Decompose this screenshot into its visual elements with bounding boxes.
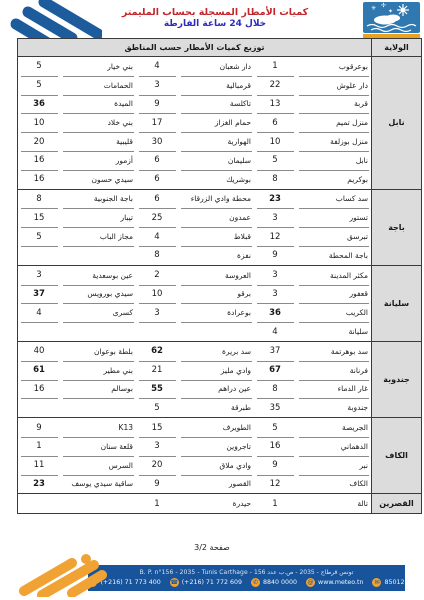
rainfall-value-cell: 40: [18, 342, 60, 361]
fax-icon: ☎: [170, 578, 179, 587]
rainfall-value-cell: 21: [136, 361, 178, 380]
rainfall-value-cell: 4: [136, 57, 178, 76]
station-name-cell: الكريب: [296, 303, 371, 322]
station-name-cell: عين دراهم: [178, 380, 254, 399]
governorate-group: نابلبوعرقوب1دار شعبان4بني خيار5دار علوش2…: [18, 56, 421, 189]
svg-text:✢: ✢: [381, 2, 386, 9]
rainfall-value-cell: 5: [18, 57, 60, 76]
station-name-cell: سد بوهرتمة: [296, 342, 371, 361]
rainfall-value-cell: 11: [18, 456, 60, 475]
station-name-cell: قرمبالية: [178, 76, 254, 95]
rainfall-value-cell: 25: [136, 208, 178, 227]
station-name-cell: مكثر المدينة: [296, 266, 371, 285]
rainfall-value-cell: 8: [136, 246, 178, 265]
report-subtitle: خلال 24 ساعة الفارطة: [100, 19, 330, 30]
station-name-cell: سيدي حسون: [60, 170, 136, 189]
station-name-cell: بوكريم: [296, 170, 371, 189]
station-name-cell: سيدي بورويس: [60, 285, 136, 304]
rainfall-value-cell: 4: [254, 322, 296, 341]
mail-icon: ✉: [372, 578, 381, 587]
station-name-cell: بني مطير: [60, 361, 136, 380]
station-name-cell: برقو: [178, 285, 254, 304]
rainfall-value-cell: 9: [136, 475, 178, 494]
rainfall-value-cell: 10: [254, 132, 296, 151]
station-name-cell: تالة: [296, 494, 371, 513]
station-name-cell: بني خلاد: [60, 113, 136, 132]
station-name-cell: حيدرة: [178, 494, 254, 513]
rainfall-value-cell: 2: [136, 266, 178, 285]
station-name-cell: ساقية سيدي يوسف: [60, 475, 136, 494]
report-title: كميات الأمطار المسجلة بحساب المليمتر: [100, 7, 330, 19]
station-name-cell: بوعرقوب: [296, 57, 371, 76]
station-name-cell: K13: [60, 418, 136, 437]
rainfall-value-cell: 9: [254, 246, 296, 265]
rainfall-value-cell: 5: [136, 398, 178, 417]
station-name-cell: قربة: [296, 95, 371, 114]
station-name-cell: بوسالم: [60, 380, 136, 399]
station-name-cell: غار الدماء: [296, 380, 371, 399]
station-name-cell: سد بريرة: [178, 342, 254, 361]
rainfall-value-cell: 17: [136, 113, 178, 132]
rainfall-value-cell: 3: [18, 266, 60, 285]
governorate-group: باجةسد كساب23محطة وادي الزرقاء6باجة الجن…: [18, 189, 421, 265]
rainfall-value-cell: 8: [254, 170, 296, 189]
contact-text: 85012: [384, 579, 404, 586]
governorate-group: الكافالجريصة5الطويرف15K139الدهماني16تاجر…: [18, 417, 421, 493]
rainfall-value-cell: 61: [18, 361, 60, 380]
station-name-cell: [178, 322, 254, 341]
rainfall-value-cell: 5: [254, 418, 296, 437]
station-name-cell: باجة المحطة: [296, 246, 371, 265]
station-name-cell: قلعة سنان: [60, 437, 136, 456]
globe-icon: @: [306, 578, 315, 587]
governorate-cell: القصرين: [371, 494, 421, 513]
contact-text: (+216) 71 772 609: [182, 579, 242, 586]
station-name-cell: تيبار: [60, 208, 136, 227]
rainfall-value-cell: 16: [18, 380, 60, 399]
distribution-header: توزيع كميات الأمطار حسب المناطق: [18, 39, 371, 56]
station-name-cell: الطويرف: [178, 418, 254, 437]
rainfall-value-cell: 6: [254, 113, 296, 132]
rainfall-value-cell: 37: [254, 342, 296, 361]
station-name-cell: [60, 398, 136, 417]
rainfall-value-cell: 4: [18, 303, 60, 322]
rainfall-value-cell: 3: [136, 76, 178, 95]
rainfall-value-cell: 23: [18, 475, 60, 494]
rainfall-value-cell: 15: [18, 208, 60, 227]
rainfall-value-cell: 20: [18, 132, 60, 151]
rainfall-value-cell: 30: [136, 132, 178, 151]
rainfall-value-cell: 3: [136, 303, 178, 322]
station-name-cell: تستور: [296, 208, 371, 227]
contact-phone-2: ☎ (+216) 71 772 609: [170, 578, 242, 587]
station-name-cell: سد كساب: [296, 190, 371, 209]
rainfall-value-cell: 16: [18, 170, 60, 189]
table-header-row: الولاية توزيع كميات الأمطار حسب المناطق: [18, 39, 421, 56]
rainfall-value-cell: 35: [254, 398, 296, 417]
station-name-cell: الهوارية: [178, 132, 254, 151]
station-name-cell: بوعرادة: [178, 303, 254, 322]
rainfall-value-cell: 16: [18, 151, 60, 170]
governorate-group: سليانةمكثر المدينة3العروسة2عين بوسعدية3ق…: [18, 265, 421, 341]
station-name-cell: الدهماني: [296, 437, 371, 456]
footer-contacts: ☎ (+216) 71 773 400 ☎ (+216) 71 772 609 …: [88, 578, 404, 587]
station-name-cell: الكاف: [296, 475, 371, 494]
station-name-cell: باجة الجنوبية: [60, 190, 136, 209]
station-name-cell: الحمامات: [60, 76, 136, 95]
rainfall-value-cell: 3: [254, 285, 296, 304]
rainfall-value-cell: 5: [18, 227, 60, 246]
rainfall-value-cell: [18, 494, 60, 513]
station-name-cell: القصور: [178, 475, 254, 494]
station-name-cell: محطة وادي الزرقاء: [178, 190, 254, 209]
rainfall-value-cell: 16: [254, 437, 296, 456]
rainfall-value-cell: 55: [136, 380, 178, 399]
governorate-group: القصرينتالة1حيدرة1: [18, 493, 421, 513]
station-name-cell: قليبية: [60, 132, 136, 151]
rainfall-value-cell: 5: [18, 76, 60, 95]
rainfall-value-cell: 1: [254, 57, 296, 76]
report-title-block: كميات الأمطار المسجلة بحساب المليمتر خلا…: [100, 7, 330, 30]
rainfall-value-cell: 12: [254, 227, 296, 246]
governorate-cell: باجة: [371, 190, 421, 265]
station-name-cell: نبر: [296, 456, 371, 475]
svg-text:✳: ✳: [371, 5, 376, 12]
station-name-cell: وادي مليز: [178, 361, 254, 380]
rainfall-value-cell: 8: [254, 380, 296, 399]
footer-bar: B. P. n°156 - 2035 - Tunis Carthage - تو…: [88, 565, 405, 591]
station-name-cell: السرس: [60, 456, 136, 475]
rainfall-report-page: { "header": { "title_line1": "كميات الأم…: [0, 0, 424, 600]
station-name-cell: جندوبة: [296, 398, 371, 417]
rainfall-value-cell: 10: [136, 285, 178, 304]
station-name-cell: كسرى: [60, 303, 136, 322]
station-name-cell: سليمان: [178, 151, 254, 170]
station-name-cell: دار علوش: [296, 76, 371, 95]
rainfall-value-cell: 3: [136, 437, 178, 456]
letterhead-stripes-footer: [14, 551, 114, 597]
station-name-cell: الجريصة: [296, 418, 371, 437]
station-name-cell: نابل: [296, 151, 371, 170]
rainfall-value-cell: 4: [136, 227, 178, 246]
station-name-cell: عمدون: [178, 208, 254, 227]
governorate-cell: سليانة: [371, 266, 421, 341]
station-name-cell: قبلاط: [178, 227, 254, 246]
rainfall-value-cell: 1: [254, 494, 296, 513]
station-name-cell: مجاز الباب: [60, 227, 136, 246]
station-name-cell: فرنانة: [296, 361, 371, 380]
rainfall-value-cell: 10: [18, 113, 60, 132]
rainfall-value-cell: [18, 246, 60, 265]
governorate-cell: نابل: [371, 57, 421, 189]
mobile-icon: ✆: [251, 578, 260, 587]
station-name-cell: بوشريك: [178, 170, 254, 189]
rainfall-value-cell: 1: [136, 494, 178, 513]
station-name-cell: [60, 322, 136, 341]
rainfall-value-cell: 22: [254, 76, 296, 95]
table-body: نابلبوعرقوب1دار شعبان4بني خيار5دار علوش2…: [18, 56, 421, 513]
contact-text: 8840 0000: [263, 579, 297, 586]
station-name-cell: عين بوسعدية: [60, 266, 136, 285]
governorate-cell: جندوبة: [371, 342, 421, 417]
contact-text: www.meteo.tn: [318, 579, 363, 586]
station-name-cell: [60, 494, 136, 513]
station-name-cell: [60, 246, 136, 265]
rainfall-value-cell: 9: [254, 456, 296, 475]
contact-website: @ www.meteo.tn: [306, 578, 363, 587]
station-name-cell: حمام الغزاز: [178, 113, 254, 132]
rainfall-value-cell: 20: [136, 456, 178, 475]
station-name-cell: بني خيار: [60, 57, 136, 76]
rainfall-value-cell: 62: [136, 342, 178, 361]
station-name-cell: قعفور: [296, 285, 371, 304]
rainfall-value-cell: 23: [254, 190, 296, 209]
governorate-cell: الكاف: [371, 418, 421, 493]
rainfall-value-cell: 15: [136, 418, 178, 437]
rainfall-value-cell: 5: [254, 151, 296, 170]
rainfall-value-cell: 6: [136, 170, 178, 189]
rainfall-value-cell: 6: [136, 190, 178, 209]
station-name-cell: دار شعبان: [178, 57, 254, 76]
governorate-column-header: الولاية: [371, 39, 421, 56]
rainfall-value-cell: 37: [18, 285, 60, 304]
rainfall-value-cell: 13: [254, 95, 296, 114]
rainfall-value-cell: [136, 322, 178, 341]
inm-logo-emblem: ✳✢✦: [363, 2, 420, 33]
station-name-cell: نفزة: [178, 246, 254, 265]
station-name-cell: بلطة بوعوان: [60, 342, 136, 361]
station-name-cell: منزل بوزلفة: [296, 132, 371, 151]
rainfall-table: الولاية توزيع كميات الأمطار حسب المناطق …: [17, 38, 422, 514]
rainfall-value-cell: 6: [136, 151, 178, 170]
rainfall-value-cell: 3: [254, 266, 296, 285]
rainfall-value-cell: 3: [254, 208, 296, 227]
governorate-group: جندوبةسد بوهرتمة37سد بريرة62بلطة بوعوان4…: [18, 341, 421, 417]
station-name-cell: أزمور: [60, 151, 136, 170]
rainfall-value-cell: 1: [18, 437, 60, 456]
station-name-cell: الميدة: [60, 95, 136, 114]
station-name-cell: العروسة: [178, 266, 254, 285]
rainfall-value-cell: [18, 398, 60, 417]
station-name-cell: تاجروين: [178, 437, 254, 456]
rainfall-value-cell: 36: [254, 303, 296, 322]
station-name-cell: تاكلسة: [178, 95, 254, 114]
station-name-cell: تبرسق: [296, 227, 371, 246]
svg-text:✦: ✦: [388, 8, 393, 15]
rainfall-value-cell: 8: [18, 190, 60, 209]
station-name-cell: وادي ملاق: [178, 456, 254, 475]
rainfall-value-cell: 9: [18, 418, 60, 437]
footer-address: B. P. n°156 - 2035 - Tunis Carthage - تو…: [140, 569, 354, 576]
contact-shortcode: ✆ 8840 0000: [251, 578, 297, 587]
rainfall-value-cell: 9: [136, 95, 178, 114]
rainfall-value-cell: 67: [254, 361, 296, 380]
inm-logo: ✳✢✦: [363, 2, 420, 39]
contact-postal: ✉ 85012: [372, 578, 404, 587]
station-name-cell: منزل تميم: [296, 113, 371, 132]
rainfall-value-cell: [18, 322, 60, 341]
rainfall-value-cell: 12: [254, 475, 296, 494]
rainfall-value-cell: 36: [18, 95, 60, 114]
station-name-cell: طبرقة: [178, 398, 254, 417]
station-name-cell: سليانة: [296, 322, 371, 341]
